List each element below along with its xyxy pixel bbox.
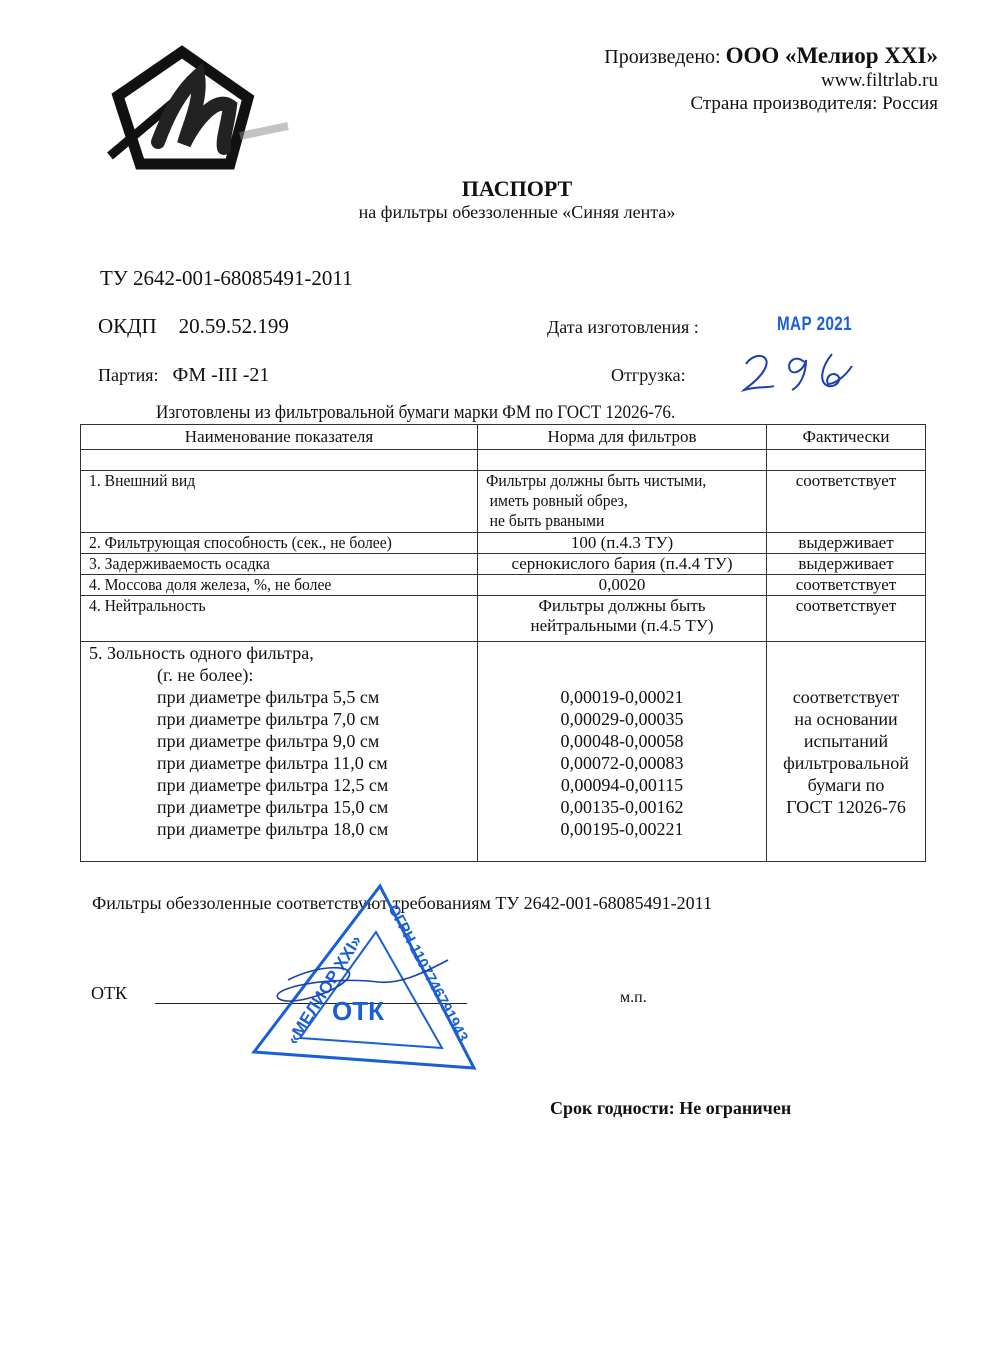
- ash-diameter-item: при диаметре фильтра 12,5 см: [157, 774, 469, 796]
- row-norm-line: иметь ровный обрез,: [486, 491, 628, 511]
- date-label: Дата изготовления :: [547, 317, 699, 338]
- row-norm-line: не быть рваными: [486, 511, 604, 531]
- ash-value-item: 0,00048-0,00058: [486, 730, 758, 752]
- ash-unit: (г. не более):: [89, 664, 469, 686]
- ash-actual-line: бумаги по: [775, 774, 917, 796]
- row-name: 1. Внешний вид: [89, 471, 195, 491]
- specification-table: Наименование показателя Норма для фильтр…: [80, 424, 926, 862]
- shelf-life: Срок годности: Не ограничен: [550, 1098, 791, 1119]
- seal-label: м.п.: [620, 989, 647, 1007]
- ash-diameter-item: при диаметре фильтра 7,0 см: [157, 708, 469, 730]
- row-name: 2. Фильтрующая способность (сек., не бол…: [89, 533, 392, 553]
- table-row-ash: 5. Зольность одного фильтра, (г. не боле…: [81, 642, 926, 862]
- row-actual: соответствует: [796, 596, 897, 615]
- otk-label: ОТК: [91, 983, 127, 1004]
- row-norm: 100 (п.4.3 ТУ): [571, 533, 673, 552]
- produced-label: Произведено:: [604, 46, 720, 68]
- company-name: ООО «Мелиор XXI»: [726, 43, 938, 68]
- ash-diameter-item: при диаметре фильтра 11,0 см: [157, 752, 469, 774]
- party-line: Партия:ФМ -III -21: [98, 364, 269, 387]
- header-actual: Фактически: [767, 425, 926, 450]
- header-indicator: Наименование показателя: [81, 425, 478, 450]
- tu-number: ТУ 2642-001-68085491-2011: [100, 266, 353, 291]
- svg-text:«МЕЛИОР XXI»: «МЕЛИОР XXI»: [283, 932, 365, 1048]
- row-actual: соответствует: [796, 575, 897, 594]
- table-row: 2. Фильтрующая способность (сек., не бол…: [81, 533, 926, 554]
- document-subtitle: на фильтры обеззоленные «Синяя лента»: [0, 202, 1000, 223]
- ash-value-item: 0,00094-0,00115: [486, 774, 758, 796]
- ash-value-item: 0,00072-0,00083: [486, 752, 758, 774]
- ash-actual-line: ГОСТ 12026-76: [775, 796, 917, 818]
- row-norm-line: нейтральными (п.4.5 ТУ): [486, 616, 758, 636]
- party-label: Партия:: [98, 365, 159, 385]
- ash-title: 5. Зольность одного фильтра,: [89, 642, 469, 664]
- row-norm: сернокислого бария (п.4.4 ТУ): [511, 554, 732, 573]
- blank-row: [81, 450, 926, 471]
- company-logo-icon: [100, 40, 290, 180]
- ash-diameter-item: при диаметре фильтра 15,0 см: [157, 796, 469, 818]
- table-row: 3. Задерживаемость осадка сернокислого б…: [81, 554, 926, 575]
- shipment-label: Отгрузка:: [611, 365, 686, 386]
- table-row: 4. Моссова доля железа, %, не более 0,00…: [81, 575, 926, 596]
- website: www.filtrlab.ru: [604, 69, 938, 92]
- row-norm-line: Фильтры должны быть чистыми,: [486, 471, 706, 491]
- ash-value-item: 0,00029-0,00035: [486, 708, 758, 730]
- date-stamp: МАР 2021: [777, 314, 852, 336]
- document-title: ПАСПОРТ: [0, 176, 1000, 202]
- ash-actual-list: соответствуетна основаниииспытанийфильтр…: [775, 642, 917, 818]
- okdp-value: 20.59.52.199: [179, 314, 289, 338]
- ash-actual-line: соответствует: [775, 686, 917, 708]
- row-norm: 0,0020: [599, 575, 646, 594]
- otk-stamp-icon: «МЕЛИОР XXI» ОГРН 1107746791943 ОТК: [248, 880, 478, 1080]
- ash-diameter-item: при диаметре фильтра 18,0 см: [157, 818, 469, 840]
- row-name: 4. Нейтральность: [89, 596, 206, 616]
- row-name: 4. Моссова доля железа, %, не более: [89, 575, 331, 595]
- made-from-note: Изготовлены из фильтровальной бумаги мар…: [156, 402, 675, 424]
- row-name: 3. Задерживаемость осадка: [89, 554, 270, 574]
- shipment-handwritten-value: 296: [740, 346, 860, 396]
- ash-diameter-item: при диаметре фильтра 5,5 см: [157, 686, 469, 708]
- ash-value-list: 0,00019-0,000210,00029-0,000350,00048-0,…: [486, 642, 758, 840]
- row-actual: выдерживает: [798, 533, 893, 552]
- ash-actual-line: фильтровальной: [775, 752, 917, 774]
- table-header-row: Наименование показателя Норма для фильтр…: [81, 425, 926, 450]
- ash-actual-line: испытаний: [775, 730, 917, 752]
- row-norm-line: Фильтры должны быть: [486, 596, 758, 616]
- ash-diameter-list: при диаметре фильтра 5,5 смпри диаметре …: [89, 686, 469, 840]
- row-actual: выдерживает: [798, 554, 893, 573]
- okdp-label: ОКДП: [98, 314, 157, 338]
- svg-text:ОТК: ОТК: [332, 996, 384, 1026]
- header-norm: Норма для фильтров: [478, 425, 767, 450]
- country: Страна производителя: Россия: [604, 92, 938, 115]
- okdp-line: ОКДП20.59.52.199: [98, 314, 289, 339]
- table-row: 4. Нейтральность Фильтры должны быть ней…: [81, 596, 926, 642]
- ash-value-item: 0,00195-0,00221: [486, 818, 758, 840]
- manufacturer-block: Произведено: ООО «Мелиор XXI» www.filtrl…: [604, 44, 938, 115]
- party-value: ФМ -III -21: [173, 364, 270, 386]
- ash-diameter-item: при диаметре фильтра 9,0 см: [157, 730, 469, 752]
- ash-actual-line: на основании: [775, 708, 917, 730]
- table-row: 1. Внешний вид Фильтры должны быть чисты…: [81, 471, 926, 533]
- ash-value-item: 0,00135-0,00162: [486, 796, 758, 818]
- row-actual: соответствует: [796, 471, 897, 490]
- ash-value-item: 0,00019-0,00021: [486, 686, 758, 708]
